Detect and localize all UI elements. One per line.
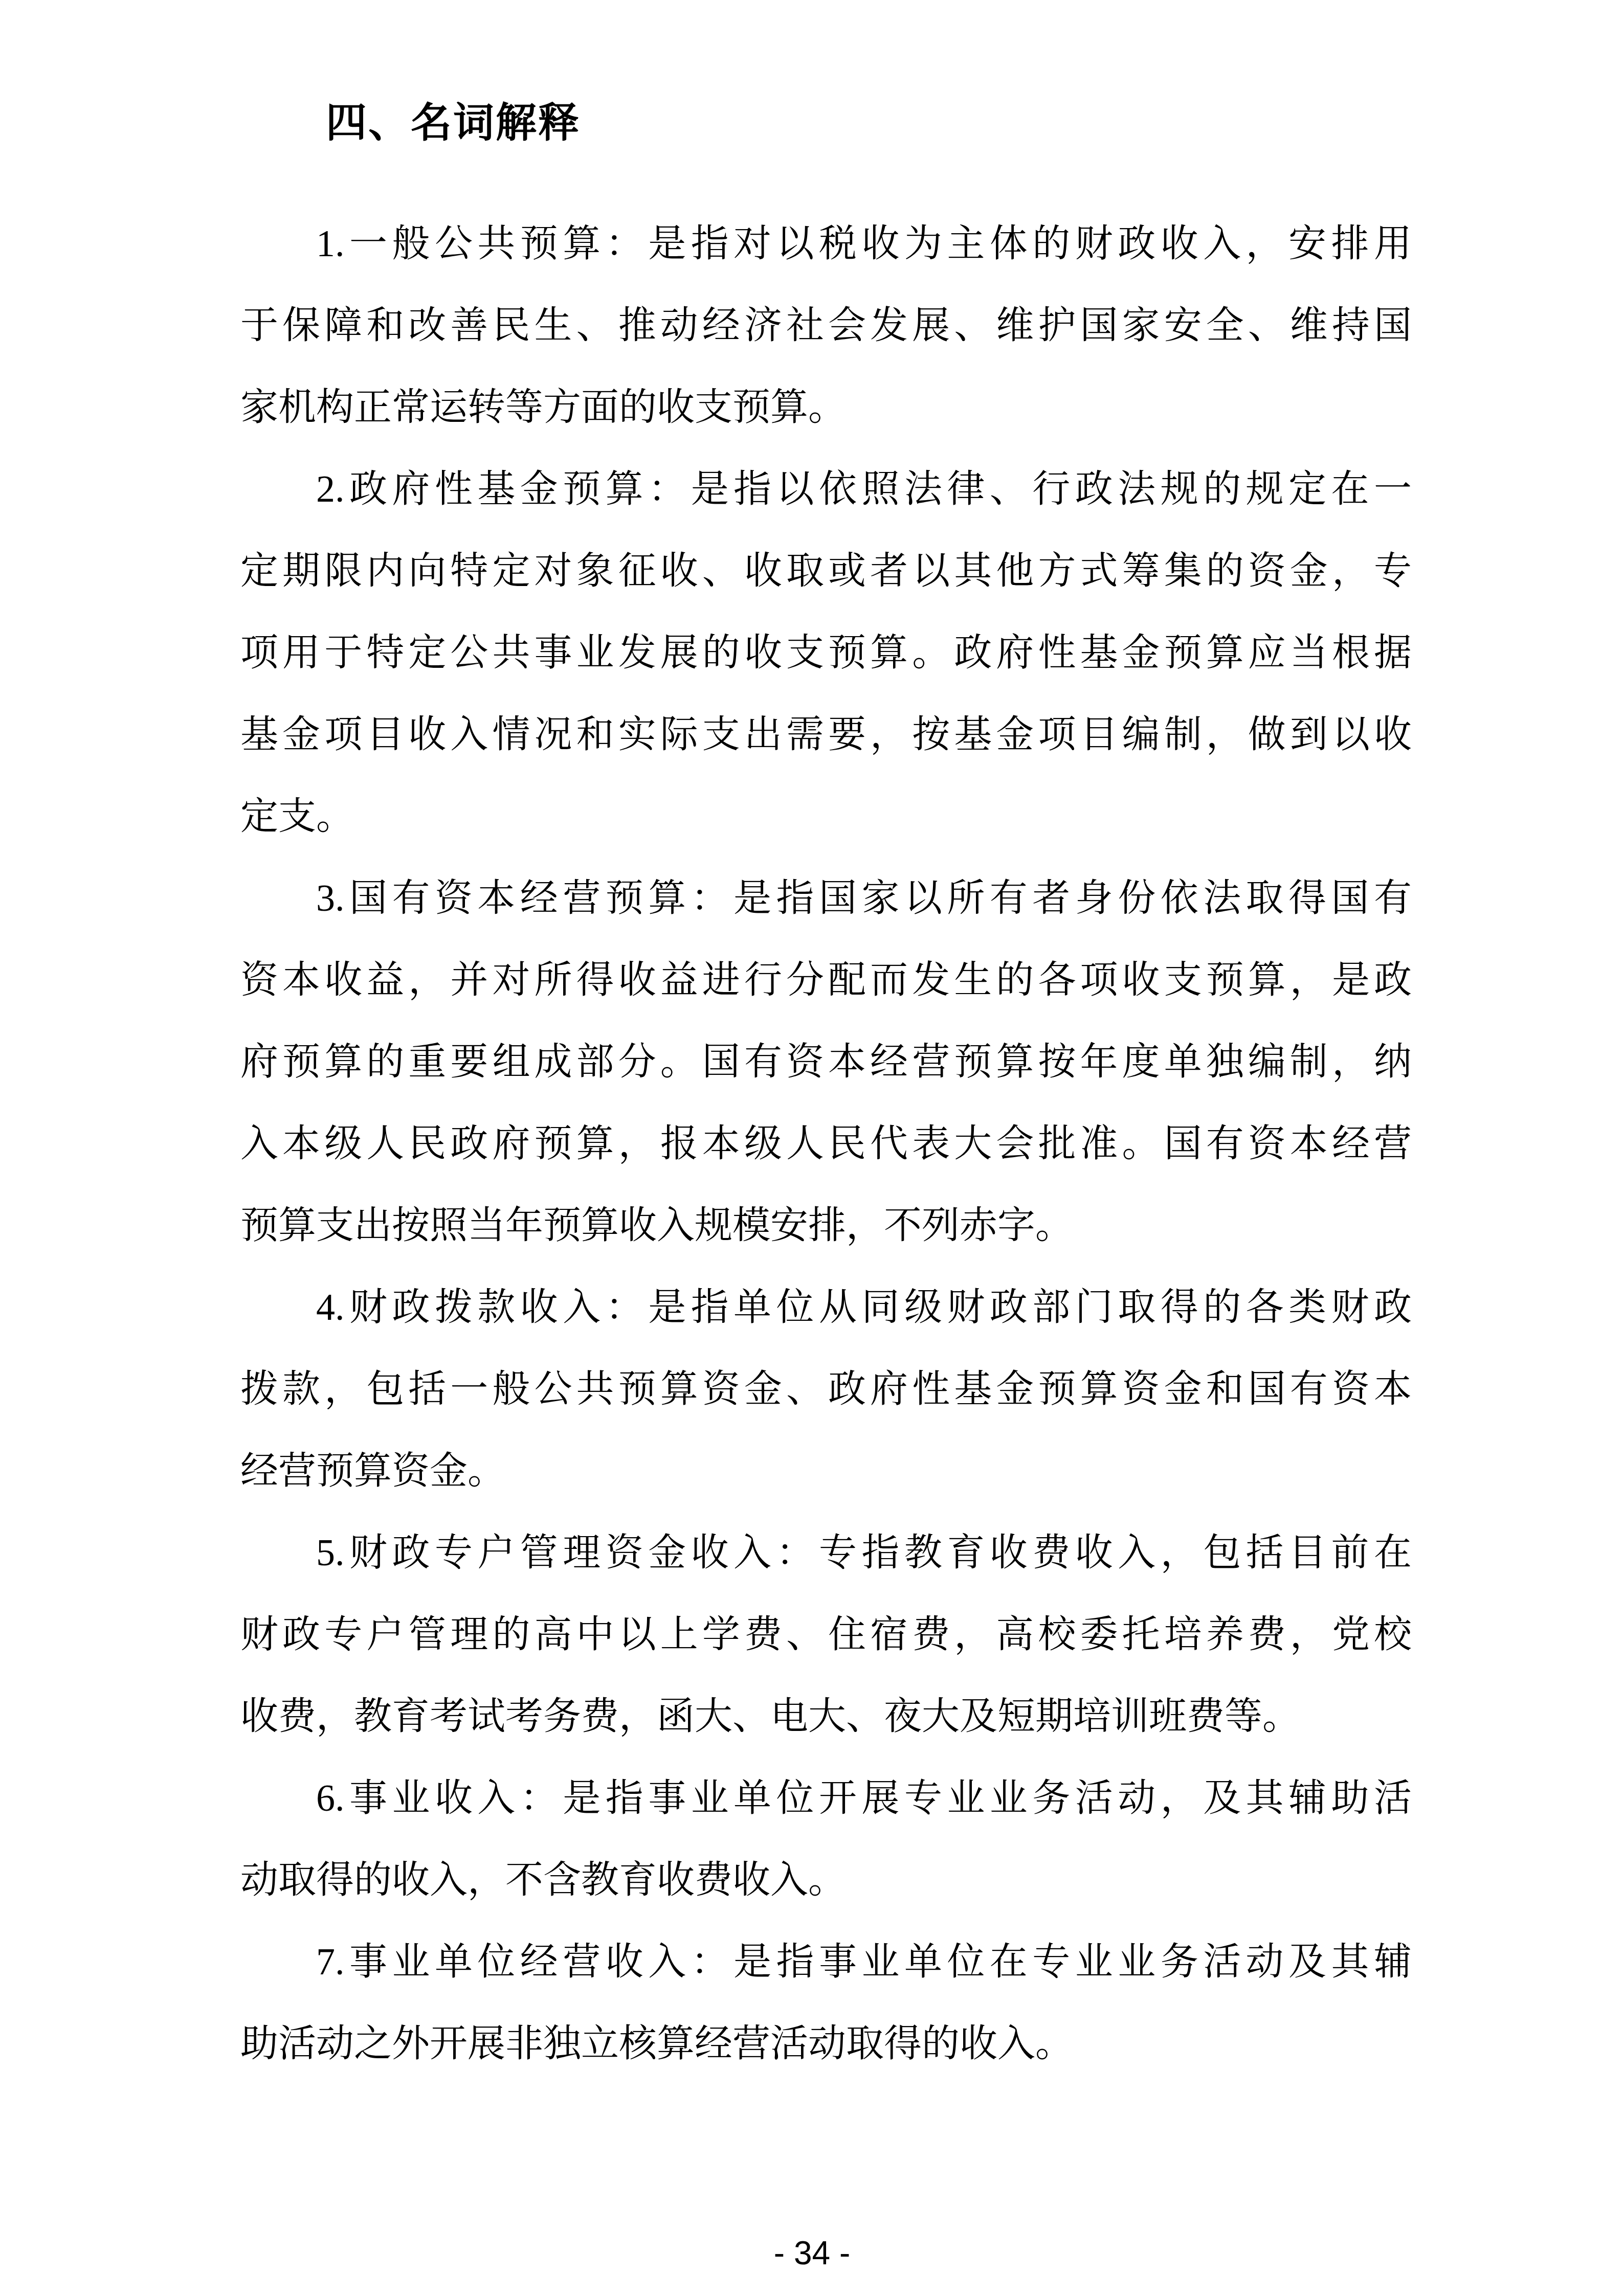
body-line: 资本收益，并对所得收益进行分配而发生的各项收支预算，是政	[240, 939, 1412, 1021]
body-line: 基金项目收入情况和实际支出需要，按基金项目编制，做到以收	[240, 694, 1412, 776]
paragraph: 7.事业单位经营收入：是指事业单位在专业业务活动及其辅助活动之外开展非独立核算经…	[240, 1921, 1412, 2085]
body-line: 2.政府性基金预算：是指以依照法律、行政法规的规定在一	[240, 448, 1412, 530]
body-line: 于保障和改善民生、推动经济社会发展、维护国家安全、维持国	[240, 285, 1412, 367]
body-line: 入本级人民政府预算，报本级人民代表大会批准。国有资本经营	[240, 1103, 1412, 1185]
body-line: 5.财政专户管理资金收入：专指教育收费收入，包括目前在	[240, 1512, 1412, 1594]
body-line: 定支。	[240, 776, 1412, 858]
body-line: 府预算的重要组成部分。国有资本经营预算按年度单独编制，纳	[240, 1021, 1412, 1103]
body-line: 家机构正常运转等方面的收支预算。	[240, 367, 1412, 448]
paragraph: 4.财政拨款收入：是指单位从同级财政部门取得的各类财政拨款，包括一般公共预算资金…	[240, 1267, 1412, 1512]
body-line: 定期限内向特定对象征收、收取或者以其他方式筹集的资金，专	[240, 530, 1412, 612]
body-line: 助活动之外开展非独立核算经营活动取得的收入。	[240, 2003, 1412, 2085]
body-line: 拨款，包括一般公共预算资金、政府性基金预算资金和国有资本	[240, 1348, 1412, 1430]
paragraph: 2.政府性基金预算：是指以依照法律、行政法规的规定在一定期限内向特定对象征收、收…	[240, 448, 1412, 858]
body-line: 6.事业收入：是指事业单位开展专业业务活动，及其辅助活	[240, 1758, 1412, 1839]
body-line: 4.财政拨款收入：是指单位从同级财政部门取得的各类财政	[240, 1267, 1412, 1348]
body-line: 经营预算资金。	[240, 1430, 1412, 1512]
body-line: 项用于特定公共事业发展的收支预算。政府性基金预算应当根据	[240, 612, 1412, 694]
document-body: 1.一般公共预算：是指对以税收为主体的财政收入，安排用于保障和改善民生、推动经济…	[240, 203, 1412, 2085]
document-page: 四、名词解释 1.一般公共预算：是指对以税收为主体的财政收入，安排用于保障和改善…	[0, 0, 1624, 2296]
section-heading: 四、名词解释	[0, 0, 1624, 153]
body-line: 3.国有资本经营预算：是指国家以所有者身份依法取得国有	[240, 858, 1412, 939]
paragraph: 3.国有资本经营预算：是指国家以所有者身份依法取得国有资本收益，并对所得收益进行…	[240, 858, 1412, 1267]
body-line: 动取得的收入，不含教育收费收入。	[240, 1839, 1412, 1921]
body-line: 收费，教育考试考务费，函大、电大、夜大及短期培训班费等。	[240, 1676, 1412, 1758]
paragraph: 6.事业收入：是指事业单位开展专业业务活动，及其辅助活动取得的收入，不含教育收费…	[240, 1758, 1412, 1921]
page-number: - 34 -	[0, 2235, 1624, 2271]
body-line: 预算支出按照当年预算收入规模安排，不列赤字。	[240, 1185, 1412, 1267]
paragraph: 5.财政专户管理资金收入：专指教育收费收入，包括目前在财政专户管理的高中以上学费…	[240, 1512, 1412, 1758]
body-line: 1.一般公共预算：是指对以税收为主体的财政收入，安排用	[240, 203, 1412, 285]
body-line: 7.事业单位经营收入：是指事业单位在专业业务活动及其辅	[240, 1921, 1412, 2003]
paragraph: 1.一般公共预算：是指对以税收为主体的财政收入，安排用于保障和改善民生、推动经济…	[240, 203, 1412, 448]
body-line: 财政专户管理的高中以上学费、住宿费，高校委托培养费，党校	[240, 1594, 1412, 1676]
